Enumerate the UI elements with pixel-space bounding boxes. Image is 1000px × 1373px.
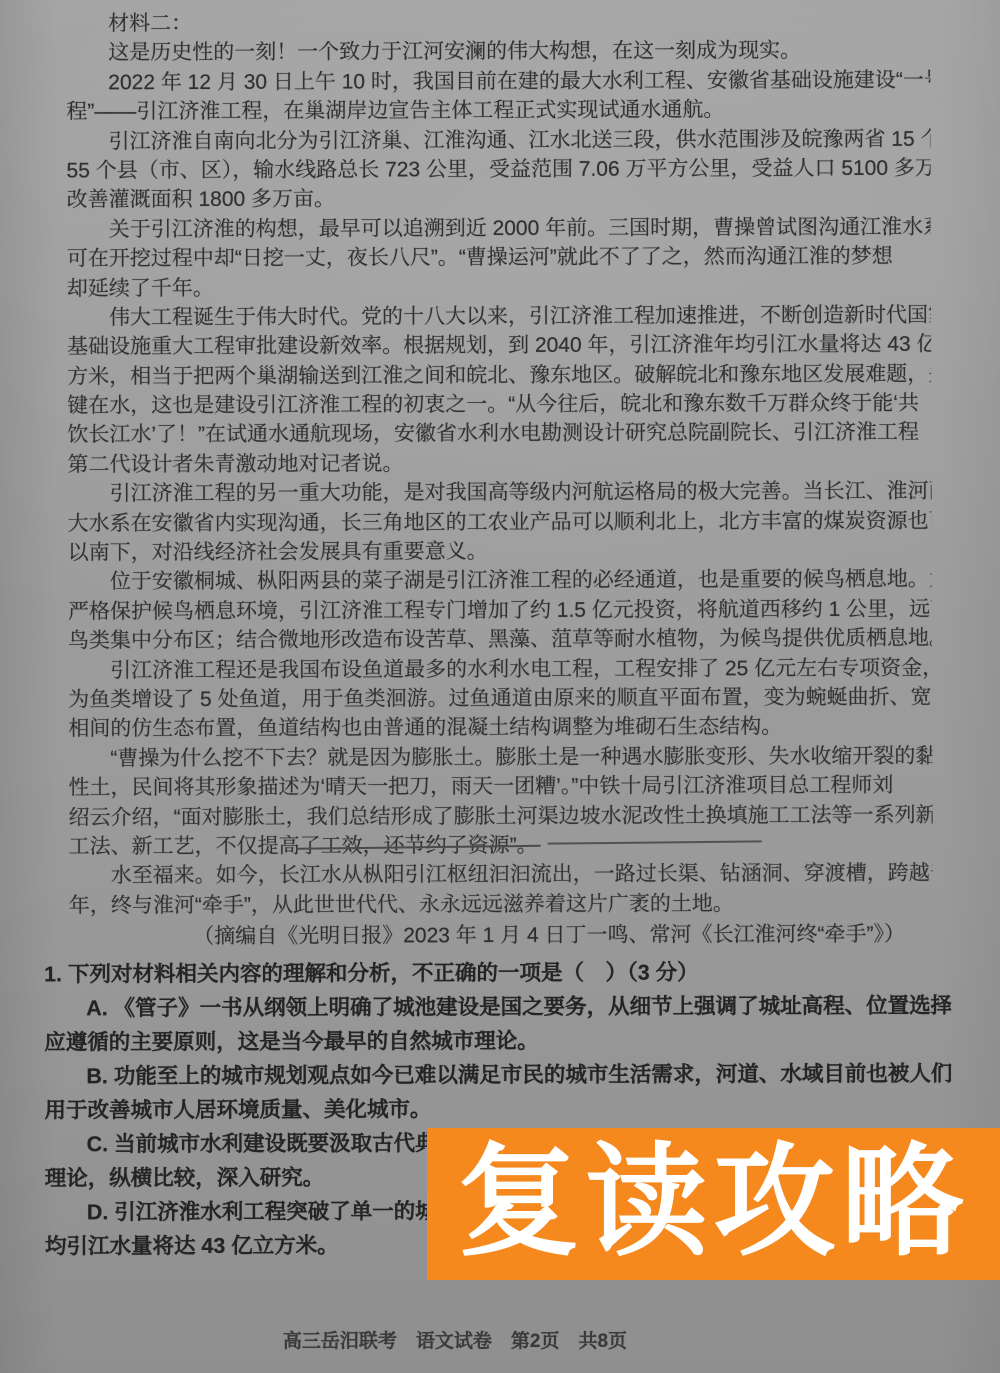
passage-line: 年，终与淮河“牵手”，从此世世代代、永永远远滋养着这片广袤的土地。 bbox=[69, 888, 933, 920]
question-line: 用于改善城市人居环境质量、美化城市。 bbox=[44, 1091, 951, 1128]
passage-line: 以南下，对沿线经济社会发展具有重要意义。 bbox=[68, 536, 932, 568]
passage-line: 位于安徽桐城、枞阳两县的菜子湖是引江济淮工程的必经通道，也是重要的候鸟栖息地。为 bbox=[68, 565, 932, 597]
scanned-exam-page: 材料二：这是历史性的一刻！一个致力于江河安澜的伟大构想，在这一刻成为现实。202… bbox=[0, 0, 1000, 1373]
passage-line: 键在水，这也是建设引江济淮工程的初衷之一。“从今往后，皖北和豫东数千万群众终于能… bbox=[67, 389, 931, 421]
passage-line: 基础设施重大工程审批建设新效率。根据规划，到 2040 年，引江济淮年均引江水量… bbox=[67, 330, 931, 362]
struck-text: 了工效，还节约了资源”。 bbox=[300, 834, 538, 858]
passage-line: 工法、新工艺，不仅提高了工效，还节约了资源”。 bbox=[69, 830, 933, 862]
passage-line: 鸟类集中分布区；结合微地形改造布设苦草、黑藻、菹草等耐水植物，为候鸟提供优质栖息… bbox=[68, 624, 932, 656]
passage-line: 第二代设计者朱青激动地对记者说。 bbox=[67, 448, 931, 480]
question-line: 1. 下列对材料相关内容的理解和分析，不正确的一项是（ ）（3 分） bbox=[44, 955, 951, 992]
passage-line: 可在开挖过程中却“日挖一丈，夜长八尺”。“曹操运河”就此不了了之，然而沟通江淮的… bbox=[67, 242, 931, 274]
text-before-strike: 工法、新工艺，不仅提高 bbox=[69, 835, 300, 859]
passage-line: 性土，民间将其形象描述为‘晴天一把刀，雨天一团糟’。”中铁十局引江济淮项目总工程… bbox=[68, 771, 932, 803]
passage-line: 引江济淮工程的另一重大功能，是对我国高等级内河航运格局的极大完善。当长江、淮河两 bbox=[68, 477, 932, 509]
passage-line: 引江济淮工程还是我国布设鱼道最多的水利水电工程，工程安排了 25 亿元左右专项资… bbox=[68, 653, 932, 685]
passage-line: 方米，相当于把两个巢湖输送到江淮之间和皖北、豫东地区。破解皖北和豫东地区发展难题… bbox=[67, 359, 931, 391]
scan-speck bbox=[906, 220, 911, 224]
passage-line: “曹操为什么挖不下去？就是因为膨胀土。膨胀土是一种遇水膨胀变形、失水收缩开裂的黏 bbox=[68, 741, 932, 773]
question-line: A. 《管子》一书从纲领上明确了城池建设是国之要务，从细节上强调了城址高程、位置… bbox=[44, 989, 951, 1026]
passage-line: 程”——引江济淮工程，在巢湖岸边宣告主体工程正式实现试通水通航。 bbox=[66, 95, 930, 127]
question-line: 应遵循的主要原则，这是当今最早的自然城市理论。 bbox=[44, 1023, 951, 1060]
page-footer: 高三岳汨联考 语文试卷 第2页 共8页 bbox=[0, 1326, 910, 1353]
passage-line: 水至福来。如今，长江水从枞阳引江枢纽汩汩流出，一路过长渠、钻涵洞、穿渡槽，跨越千 bbox=[69, 859, 933, 891]
question-line: B. 功能至上的城市规划观点如今已难以满足市民的城市生活需求，河道、水域目前也被… bbox=[44, 1057, 951, 1094]
passage-line: 关于引江济淮的构想，最早可以追溯到近 2000 年前。三国时期，曹操曾试图沟通江… bbox=[67, 212, 931, 244]
passage-line: 55 个县（市、区），输水线路总长 723 公里，受益范围 7.06 万平方公里… bbox=[66, 154, 930, 186]
page-content: 材料二：这是历史性的一刻！一个致力于江河安澜的伟大构想，在这一刻成为现实。202… bbox=[0, 6, 1000, 1263]
passage-line: 为鱼类增设了 5 处鱼道，用于鱼类洄游。过鱼通道由原来的顺直平面布置，变为蜿蜒曲… bbox=[68, 683, 932, 715]
promo-banner-text: 复读攻略 bbox=[458, 1141, 970, 1263]
passage-line: 严格保护候鸟栖息环境，引江济淮工程专门增加了约 1.5 亿元投资，将航道西移约 … bbox=[68, 594, 932, 626]
passage-line: 材料二： bbox=[66, 7, 930, 39]
passage-line: 这是历史性的一刻！一个致力于江河安澜的伟大构想，在这一刻成为现实。 bbox=[66, 36, 930, 68]
reading-passage: 材料二：这是历史性的一刻！一个致力于江河安澜的伟大构想，在这一刻成为现实。202… bbox=[66, 7, 933, 921]
pen-mark-line bbox=[548, 841, 762, 845]
promo-banner: 复读攻略 bbox=[427, 1128, 1000, 1280]
passage-line: 改善灌溉面积 1800 多万亩。 bbox=[67, 183, 931, 215]
passage-line: 大水系在安徽省内实现沟通，长三角地区的工农业产品可以顺利北上，北方丰富的煤炭资源… bbox=[68, 506, 932, 538]
passage-line: 却延续了千年。 bbox=[67, 271, 931, 303]
passage-line: 饮长江水’了！”在试通水通航现场，安徽省水利水电勘测设计研究总院副院长、引江济淮… bbox=[67, 418, 931, 450]
passage-line: 相间的仿生态布置，鱼道结构也由普通的混凝土结构调整为堆砌石生态结构。 bbox=[68, 712, 932, 744]
passage-attribution: （摘编自《光明日报》2023 年 1 月 4 日丁一鸣、常河《长江淮河终“牵手”… bbox=[1, 920, 905, 953]
passage-line: 2022 年 12 月 30 日上午 10 时，我国目前在建的最大水利工程、安徽… bbox=[66, 65, 930, 97]
passage-line: 引江济淮自南向北分为引江济巢、江淮沟通、江水北送三段，供水范围涉及皖豫两省 15… bbox=[66, 124, 930, 156]
scan-speck bbox=[912, 496, 916, 499]
passage-line: 绍云介绍，“面对膨胀土，我们总结形成了膨胀土河渠边坡水泥改性土换填施工工法等一系… bbox=[69, 800, 933, 832]
passage-line: 伟大工程诞生于伟大时代。党的十八大以来，引江济淮工程加速推进，不断创造新时代国家 bbox=[67, 301, 931, 333]
